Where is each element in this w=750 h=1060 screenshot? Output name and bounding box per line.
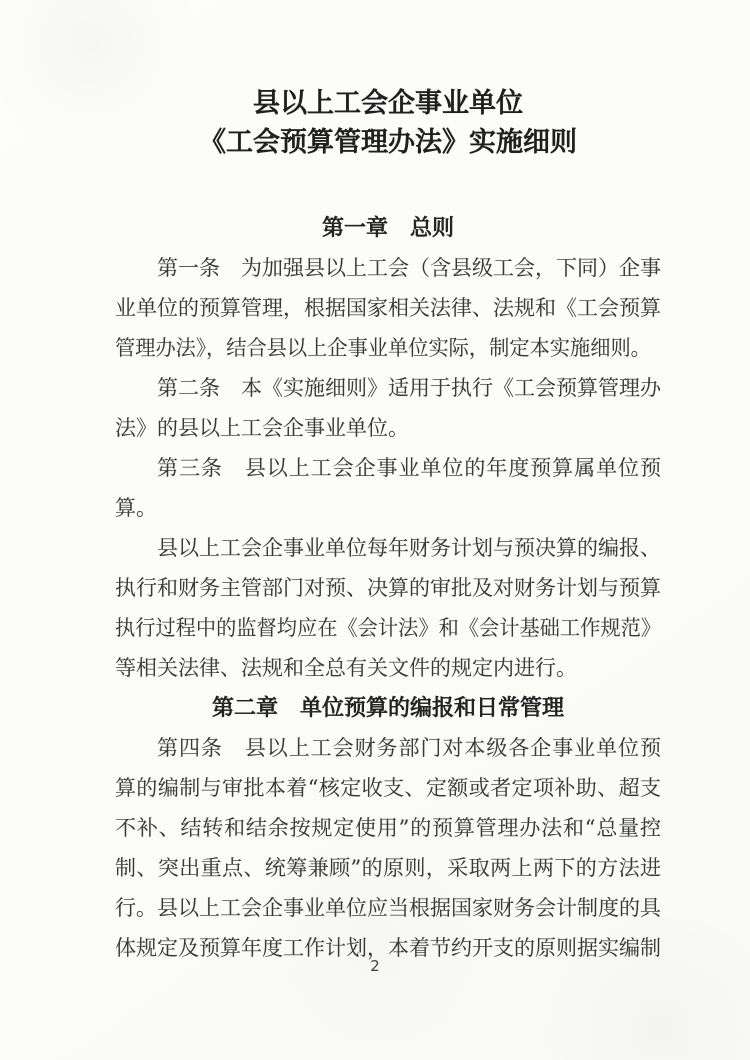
article-2-line: 法》的县以上工会企事业单位。 (115, 408, 661, 448)
article-2-line: 第二条 本《实施细则》适用于执行《工会预算管理办 (115, 368, 661, 408)
article-3-cont-line: 县以上工会企事业单位每年财务计划与预决算的编报、 (115, 528, 661, 568)
article-4-line: 算的编制与审批本着“核定收支、定额或者定项补助、超支 (115, 768, 661, 808)
article-4-line: 不补、结转和结余按规定使用”的预算管理办法和“总量控 (115, 808, 661, 848)
document-title-line-1: 县以上工会企事业单位 (115, 84, 661, 123)
document-title-line-2: 《工会预算管理办法》实施细则 (115, 123, 661, 162)
article-3-line: 算。 (115, 488, 661, 528)
page-number: 2 (0, 957, 750, 975)
article-4-line: 制、突出重点、统筹兼顾”的原则，采取两上两下的方法进 (115, 848, 661, 888)
article-3-cont-line: 执行和财务主管部门对预、决算的审批及对财务计划与预算 (115, 568, 661, 608)
chapter-2-heading: 第二章 单位预算的编报和日常管理 (115, 688, 661, 728)
article-1-line: 业单位的预算管理，根据国家相关法律、法规和《工会预算 (115, 288, 661, 328)
article-3-cont-line: 执行过程中的监督均应在《会计法》和《会计基础工作规范》 (115, 608, 641, 648)
scanned-document-page: 县以上工会企事业单位 《工会预算管理办法》实施细则 第一章 总则 第一条 为加强… (0, 0, 750, 1060)
article-4-line: 第四条 县以上工会财务部门对本级各企事业单位预 (115, 728, 661, 768)
article-1-line: 第一条 为加强县以上工会（含县级工会，下同）企事 (115, 248, 661, 288)
article-4-line: 行。县以上工会企事业单位应当根据国家财务会计制度的具 (115, 888, 661, 928)
article-3-cont-line: 等相关法律、法规和全总有关文件的规定内进行。 (115, 648, 661, 688)
chapter-1-heading: 第一章 总则 (115, 208, 661, 248)
article-3-line: 第三条 县以上工会企事业单位的年度预算属单位预 (115, 448, 661, 488)
document-content: 县以上工会企事业单位 《工会预算管理办法》实施细则 第一章 总则 第一条 为加强… (0, 0, 661, 968)
article-1-line: 管理办法》，结合县以上企事业单位实际，制定本实施细则。 (115, 328, 641, 368)
